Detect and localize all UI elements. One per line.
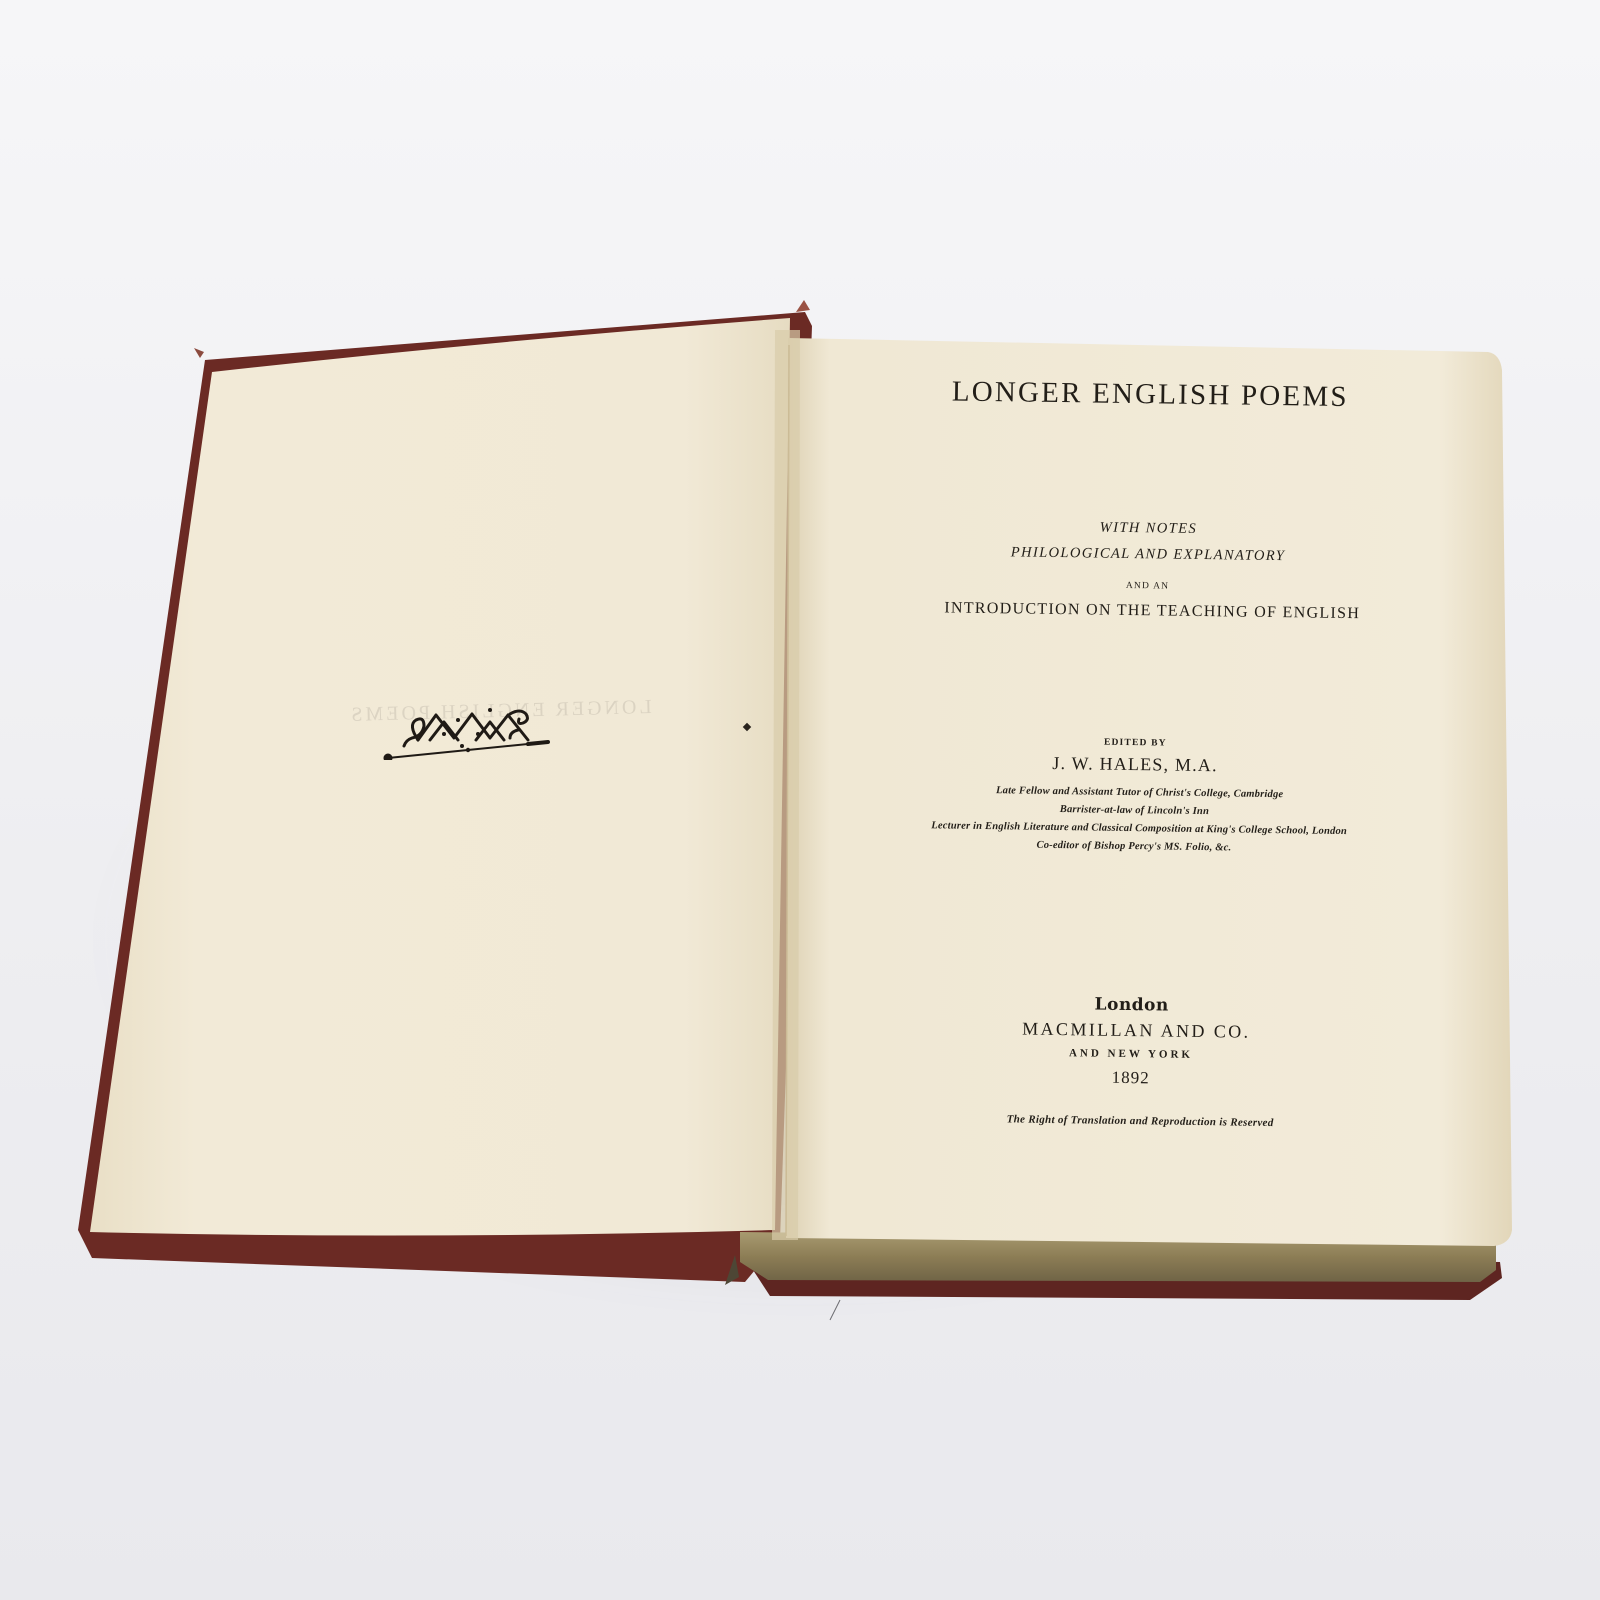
subtitle-philological: PHILOLOGICAL AND EXPLANATORY (783, 541, 1473, 568)
subtitle-with-notes: WITH NOTES (783, 515, 1473, 542)
imprint-city: London (777, 990, 1467, 1020)
editor-credential: Late Fellow and Assistant Tutor of Chris… (780, 782, 1470, 803)
rights-notice: The Right of Translation and Reproductio… (775, 1110, 1465, 1132)
publisher-ornament-icon (378, 700, 568, 760)
editor-credential: Lecturer in English Literature and Class… (779, 818, 1469, 839)
book-title: LONGER ENGLISH POEMS (785, 373, 1475, 416)
editor-credential: Co-editor of Bishop Percy's MS. Folio, &… (779, 836, 1469, 857)
imprint-year: 1892 (776, 1063, 1466, 1093)
subtitle-introduction: INTRODUCTION ON THE TEACHING OF ENGLISH (782, 597, 1472, 625)
editor-name: J. W. HALES, M.A. (780, 749, 1470, 780)
title-page-text: LONGER ENGLISH POEMS WITH NOTES PHILOLOG… (774, 335, 1476, 1175)
imprint-publisher: MACMILLAN AND CO. (776, 1015, 1466, 1046)
photo-scene: LONGER ENGLISH POEMS (0, 0, 1600, 1600)
subtitle-and-an: AND AN (783, 576, 1473, 596)
editor-credential: Barrister-at-law of Lincoln's Inn (779, 800, 1469, 821)
imprint-second-city: AND NEW YORK (776, 1043, 1466, 1065)
